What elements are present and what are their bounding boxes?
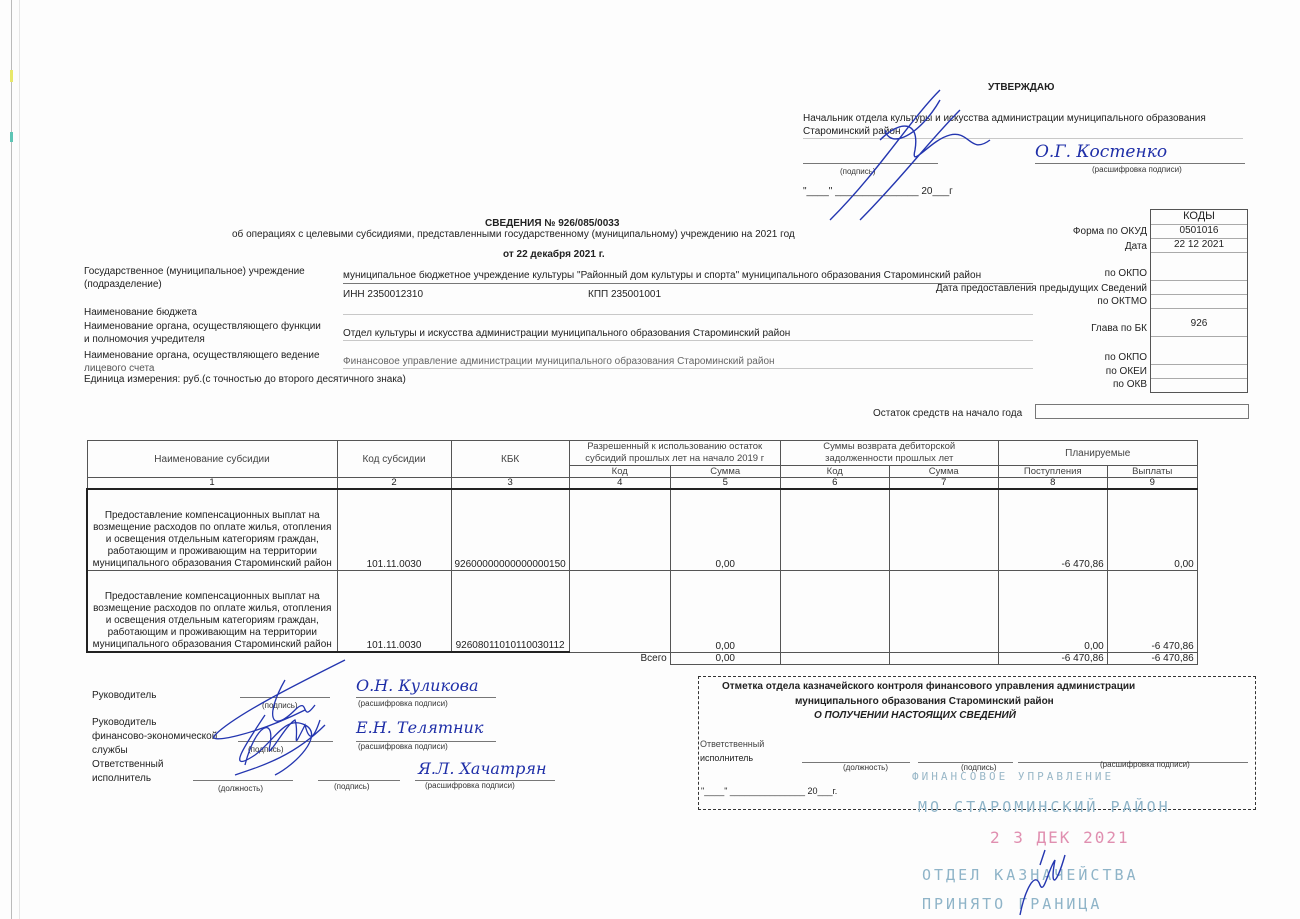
code-okpo-2: [1151, 336, 1247, 364]
col-number: 5: [670, 478, 780, 490]
balance-field[interactable]: [1035, 404, 1249, 419]
total-refund-sum: [889, 652, 998, 664]
treasury-date-line: "____" _______________ 20___г.: [701, 786, 837, 796]
col-number: 2: [337, 478, 451, 490]
account-value: Финансовое управление администрации муни…: [343, 356, 775, 367]
header-refund: Суммы возврата дебиторской задолженности…: [780, 441, 998, 466]
founder-value: Отдел культуры и искусства администрации…: [343, 328, 790, 339]
balance-label: Остаток средств на начало года: [873, 408, 1022, 419]
total-payments: -6 470,86: [1107, 652, 1197, 664]
label-okpo-2: по ОКПО: [887, 352, 1147, 363]
col-number: 1: [87, 478, 337, 490]
approval-signature-icon: [820, 80, 1020, 230]
total-label: Всего: [569, 652, 670, 664]
scan-edge: [19, 0, 20, 919]
inn-value: ИНН 2350012310: [343, 289, 423, 300]
caption-decoded: (расшифровка подписи): [358, 699, 448, 708]
divider: [803, 138, 1243, 139]
treasury-exec-label-2: исполнитель: [700, 753, 753, 763]
code-okei: [1151, 364, 1247, 378]
approval-date-line: "____" _______________ 20___г: [803, 186, 953, 197]
subsidies-table: Наименование субсидии Код субсидии КБК Р…: [86, 440, 1198, 665]
refund-sum: [889, 571, 998, 653]
founder-label: Наименование органа, осуществляющего фун…: [84, 321, 321, 332]
subsidy-kbk: 92600000000000000150: [451, 489, 569, 571]
caption-signature: (подпись): [248, 745, 284, 754]
subsidy-name: Предоставление компенсационных выплат на…: [87, 571, 337, 653]
caption-decoded: (расшифровка подписи): [1100, 760, 1190, 769]
approval-position: Начальник отдела культуры и искусства ад…: [803, 113, 1206, 124]
payments: 0,00: [1107, 489, 1197, 571]
allowed-sum: 0,00: [670, 571, 780, 653]
allowed-code: [569, 571, 670, 653]
caption-decoded: (расшифровка подписи): [358, 742, 448, 751]
kpp-value: КПП 235001001: [588, 289, 661, 300]
caption-position: (должность): [843, 763, 888, 772]
header-allowed: Разрешенный к использованию остаток субс…: [569, 441, 780, 466]
subsidy-code: 101.11.0030: [337, 489, 451, 571]
code-oktmo: [1151, 294, 1247, 308]
head-label: Руководитель: [92, 690, 156, 701]
caption-signature: (подпись): [334, 782, 370, 791]
stamp-date: 2 3 ДЕК 2021: [990, 828, 1130, 847]
col-number: 8: [998, 478, 1107, 490]
caption-decoded: (расшифровка подписи): [425, 781, 515, 790]
caption-signature: (подпись): [840, 167, 876, 176]
header-allowed-code: Код: [569, 466, 670, 478]
document-date: от 22 декабря 2021 г.: [503, 249, 605, 260]
refund-sum: [889, 489, 998, 571]
stamp-line4: ПРИНЯТО ГРАНИЦА: [922, 895, 1102, 913]
signature-line: [240, 697, 330, 698]
divider: [343, 283, 1033, 284]
signature-line: [238, 741, 333, 742]
caption-position: (должность): [218, 784, 263, 793]
header-kbk: КБК: [451, 441, 569, 478]
payments: -6 470,86: [1107, 571, 1197, 653]
divider: [343, 340, 1033, 341]
label-glava-bk: Глава по БК: [887, 323, 1147, 334]
stamp-line2: МО СТАРОМИНСКИЙ РАЙОН: [918, 798, 1171, 816]
refund-code: [780, 571, 889, 653]
code-glava-bk: 926: [1151, 308, 1247, 336]
total-refund-code: [780, 652, 889, 664]
budget-label: Наименование бюджета: [84, 307, 197, 318]
fin-label-2: финансово-экономической: [92, 731, 217, 742]
approval-position-cont: Староминский район: [803, 126, 900, 137]
header-planned: Планируемые: [998, 441, 1197, 466]
account-label-2: лицевого счета: [84, 363, 154, 374]
fin-label-3: службы: [92, 745, 128, 756]
decoded-line: [1035, 163, 1245, 164]
treasury-line3: О ПОЛУЧЕНИИ НАСТОЯЩИХ СВЕДЕНИЙ: [814, 710, 1016, 721]
unit-label: Единица измерения: руб.(с точностью до в…: [84, 374, 406, 385]
treasury-line2: муниципального образования Староминский …: [795, 696, 1054, 707]
total-income: -6 470,86: [998, 652, 1107, 664]
signature-line: [803, 163, 938, 164]
institution-value: муниципальное бюджетное учреждение культ…: [343, 270, 981, 281]
approval-handwritten-name: О.Г. Костенко: [1035, 142, 1167, 162]
head-signature-icon: [195, 655, 365, 785]
document-subtitle: об операциях с целевыми субсидиями, пред…: [232, 229, 795, 240]
header-code: Код субсидии: [337, 441, 451, 478]
fin-handwritten-name: Е.Н. Телятник: [356, 718, 483, 737]
code-okv: [1151, 378, 1247, 392]
header-payments: Выплаты: [1107, 466, 1197, 478]
header-income: Поступления: [998, 466, 1107, 478]
label-date: Дата: [887, 241, 1147, 252]
table-row: Предоставление компенсационных выплат на…: [87, 571, 1197, 653]
caption-signature: (подпись): [262, 701, 298, 710]
label-okud: Форма по ОКУД: [887, 226, 1147, 237]
code-prev-date: [1151, 280, 1247, 294]
codes-header: КОДЫ: [1151, 210, 1247, 224]
table-total-row: Всего 0,00 -6 470,86 -6 470,86: [87, 652, 1197, 664]
col-number: 6: [780, 478, 889, 490]
institution-label: Государственное (муниципальное) учрежден…: [84, 266, 305, 277]
stamp-line3: ОТДЕЛ КАЗНАЧЕЙСТВА: [922, 866, 1139, 884]
header-name: Наименование субсидии: [87, 441, 337, 478]
code-date: 22 12 2021: [1151, 238, 1247, 252]
budget-line: [343, 314, 1033, 315]
header-refund-sum: Сумма: [889, 466, 998, 478]
fin-label: Руководитель: [92, 717, 156, 728]
exec-label-2: исполнитель: [92, 773, 151, 784]
founder-label-2: и полномочия учредителя: [84, 334, 205, 345]
header-refund-code: Код: [780, 466, 889, 478]
col-number: 4: [569, 478, 670, 490]
total-allowed-sum: 0,00: [670, 652, 780, 664]
head-handwritten-name: О.Н. Куликова: [356, 676, 479, 695]
label-okv: по ОКВ: [887, 379, 1147, 390]
position-line: [193, 780, 293, 781]
scan-artifact: [10, 70, 13, 82]
label-prev-date: Дата предоставления предыдущих Сведений: [887, 283, 1147, 294]
signature-line: [318, 780, 400, 781]
code-okpo: [1151, 252, 1247, 280]
income: -6 470,86: [998, 489, 1107, 571]
col-number: 3: [451, 478, 569, 490]
stamp-line1: ФИНАНСОВОЕ УПРАВЛЕНИЕ: [912, 770, 1114, 783]
col-number: 7: [889, 478, 998, 490]
subsidy-name: Предоставление компенсационных выплат на…: [87, 489, 337, 571]
document-number: СВЕДЕНИЯ № 926/085/0033: [485, 218, 619, 229]
treasury-exec-label: Ответственный: [700, 739, 764, 749]
code-okud: 0501016: [1151, 224, 1247, 238]
col-number: 9: [1107, 478, 1197, 490]
caption-decoded: (расшифровка подписи): [1092, 165, 1182, 174]
approval-heading: УТВЕРЖДАЮ: [988, 82, 1054, 93]
account-label: Наименование органа, осуществляющего вед…: [84, 350, 320, 361]
table-row: Предоставление компенсационных выплат на…: [87, 489, 1197, 571]
allowed-code: [569, 489, 670, 571]
divider: [343, 368, 1033, 369]
exec-handwritten-name: Я.Л. Хачатрян: [418, 759, 547, 778]
label-oktmo: по ОКТМО: [887, 296, 1147, 307]
decoded-line: [356, 697, 496, 698]
treasury-line1: Отметка отдела казначейского контроля фи…: [722, 681, 1135, 692]
exec-label: Ответственный: [92, 759, 163, 770]
subsidy-kbk: 92608011010110030112: [451, 571, 569, 653]
allowed-sum: 0,00: [670, 489, 780, 571]
scan-artifact: [10, 132, 13, 142]
header-allowed-sum: Сумма: [670, 466, 780, 478]
income: 0,00: [998, 571, 1107, 653]
refund-code: [780, 489, 889, 571]
codes-box: КОДЫ 0501016 22 12 2021 926: [1150, 209, 1248, 393]
institution-label-2: (подразделение): [84, 279, 162, 290]
subsidy-code: 101.11.0030: [337, 571, 451, 653]
